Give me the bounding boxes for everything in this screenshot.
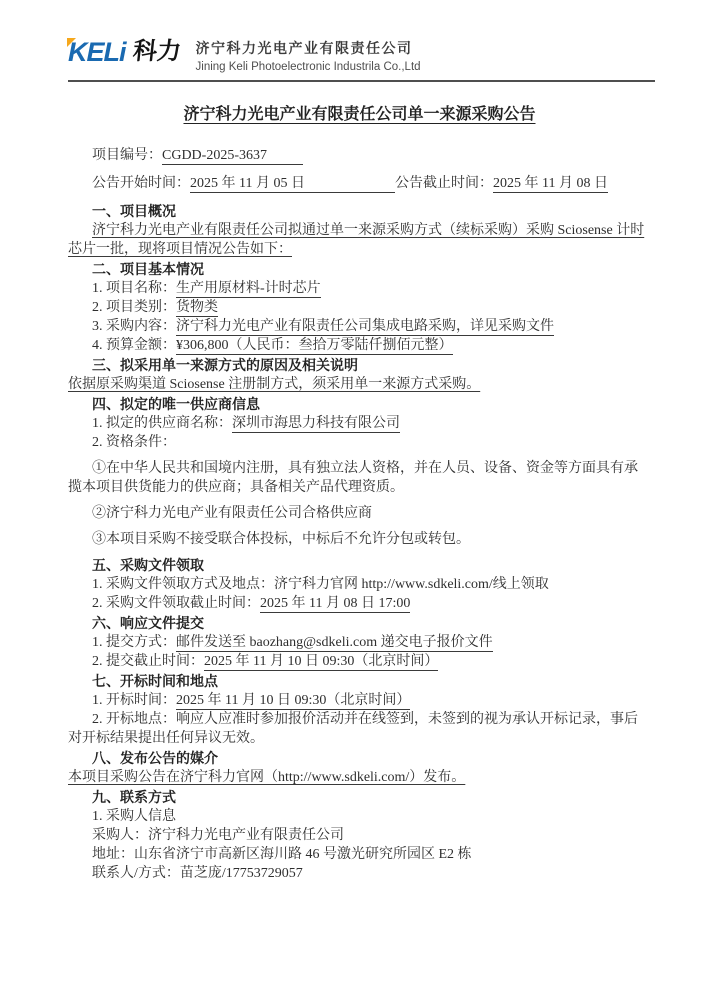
submission-method-label: 1. 提交方式：: [92, 635, 176, 650]
start-time-value: 2025 年 11 月 05 日: [190, 176, 395, 193]
project-name-label: 1. 项目名称：: [92, 281, 176, 296]
procurement-content-line: 3. 采购内容：济宁科力光电产业有限责任公司集成电路采购，详见采购文件: [68, 317, 651, 336]
submission-method-value: 邮件发送至 baozhang@sdkeli.com 递交电子报价文件: [176, 635, 493, 652]
project-category-label: 2. 项目类别：: [92, 300, 176, 315]
section-3-heading: 三、拟采用单一来源方式的原因及相关说明: [68, 356, 651, 375]
submission-deadline-value: 2025 年 11 月 10 日 09:30（北京时间）: [204, 654, 438, 671]
supplier-name-label: 1. 拟定的供应商名称：: [92, 416, 232, 431]
budget-label: 4. 预算金额：: [92, 338, 176, 353]
section-8-body: 本项目采购公告在济宁科力官网（http://www.sdkeli.com/）发布…: [68, 768, 651, 787]
submission-deadline-label: 2. 提交截止时间：: [92, 654, 204, 669]
logo-wordmark: KELi: [68, 37, 126, 67]
buyer-info-heading-line: 1. 采购人信息: [68, 807, 651, 826]
start-time-label: 公告开始时间：: [92, 176, 190, 191]
qualification-item-1: ①在中华人民共和国境内注册，具有独立法人资格，并在人员、设备、资金等方面具有承揽…: [68, 459, 651, 497]
company-name-block: 济宁科力光电产业有限责任公司 Jining Keli Photoelectron…: [196, 37, 421, 73]
doc-pickup-method-line: 1. 采购文件领取方式及地点：济宁科力官网 http://www.sdkeli.…: [68, 575, 651, 594]
section-5-heading: 五、采购文件领取: [68, 556, 651, 575]
letterhead: KELi 科力 济宁科力光电产业有限责任公司 Jining Keli Photo…: [0, 0, 707, 73]
section-1-body: 济宁科力光电产业有限责任公司拟通过单一来源采购方式（续标采购）采购 Sciose…: [68, 221, 651, 259]
submission-method-line: 1. 提交方式：邮件发送至 baozhang@sdkeli.com 递交电子报价…: [68, 633, 651, 652]
supplier-name-value: 深圳市海思力科技有限公司: [232, 416, 400, 433]
logo-chinese-text: 科力: [131, 37, 182, 67]
project-number-line: 项目编号：CGDD-2025-3637: [68, 146, 651, 165]
qualification-item-2: ②济宁科力光电产业有限责任公司合格供应商: [68, 504, 651, 523]
section-1-heading: 一、项目概况: [68, 202, 651, 221]
procurement-content-value: 济宁科力光电产业有限责任公司集成电路采购，详见采购文件: [176, 319, 554, 336]
project-number-label: 项目编号：: [92, 148, 162, 163]
buyer-address-line: 地址：山东省济宁市高新区海川路 46 号激光研究所园区 E2 栋: [68, 845, 651, 864]
project-category-value: 货物类: [176, 300, 218, 317]
section-3-body: 依据原采购渠道 Sciosense 注册制方式，须采用单一来源方式采购。: [68, 375, 651, 394]
doc-pickup-deadline-value: 2025 年 11 月 08 日 17:00: [260, 596, 410, 613]
bid-opening-time-line: 1. 开标时间：2025 年 11 月 10 日 09:30（北京时间）: [68, 691, 651, 710]
keli-logo: KELi 科力: [68, 37, 181, 67]
page-title: 济宁科力光电产业有限责任公司单一来源采购公告: [68, 101, 651, 124]
bid-opening-place-line: 2. 开标地点：响应人应准时参加报价活动并在线签到，未签到的视为承认开标记录，事…: [68, 710, 651, 748]
document-body: 济宁科力光电产业有限责任公司单一来源采购公告 项目编号：CGDD-2025-36…: [0, 82, 707, 883]
project-name-line: 1. 项目名称：生产用原材料-计时芯片: [68, 279, 651, 298]
announcement-dates-line: 公告开始时间：2025 年 11 月 05 日公告截止时间：2025 年 11 …: [68, 174, 651, 193]
supplier-name-line: 1. 拟定的供应商名称：深圳市海思力科技有限公司: [68, 414, 651, 433]
company-name-cn: 济宁科力光电产业有限责任公司: [196, 38, 421, 58]
doc-pickup-deadline-label: 2. 采购文件领取截止时间：: [92, 596, 260, 611]
end-time-value: 2025 年 11 月 08 日: [493, 176, 608, 193]
doc-pickup-deadline-line: 2. 采购文件领取截止时间：2025 年 11 月 08 日 17:00: [68, 594, 651, 613]
budget-line: 4. 预算金额：¥306,800（人民币：叁拾万零陆仟捌佰元整）: [68, 336, 651, 355]
qualification-item-3: ③本项目采购不接受联合体投标，中标后不允许分包或转包。: [68, 530, 651, 549]
section-8-heading: 八、发布公告的媒介: [68, 749, 651, 768]
end-time-label: 公告截止时间：: [395, 176, 493, 191]
contact-person-line: 联系人/方式：苗芝庞/17753729057: [68, 864, 651, 883]
section-2-heading: 二、项目基本情况: [68, 260, 651, 279]
section-6-heading: 六、响应文件提交: [68, 614, 651, 633]
buyer-name-line: 采购人：济宁科力光电产业有限责任公司: [68, 826, 651, 845]
project-category-line: 2. 项目类别：货物类: [68, 298, 651, 317]
bid-opening-time-value: 2025 年 11 月 10 日 09:30（北京时间）: [176, 693, 410, 710]
project-number-value: CGDD-2025-3637: [162, 148, 303, 165]
document-page: KELi 科力 济宁科力光电产业有限责任公司 Jining Keli Photo…: [0, 0, 707, 1000]
section-9-heading: 九、联系方式: [68, 788, 651, 807]
company-name-en: Jining Keli Photoelectronic Industrila C…: [196, 61, 421, 73]
procurement-content-label: 3. 采购内容：: [92, 319, 176, 334]
section-4-heading: 四、拟定的唯一供应商信息: [68, 395, 651, 414]
section-7-heading: 七、开标时间和地点: [68, 672, 651, 691]
bid-opening-time-label: 1. 开标时间：: [92, 693, 176, 708]
qualification-heading-line: 2. 资格条件：: [68, 433, 651, 452]
budget-value: ¥306,800（人民币：叁拾万零陆仟捌佰元整）: [176, 338, 453, 355]
logo-triangle-icon: [67, 38, 76, 47]
project-name-value: 生产用原材料-计时芯片: [176, 281, 321, 298]
submission-deadline-line: 2. 提交截止时间：2025 年 11 月 10 日 09:30（北京时间）: [68, 652, 651, 671]
